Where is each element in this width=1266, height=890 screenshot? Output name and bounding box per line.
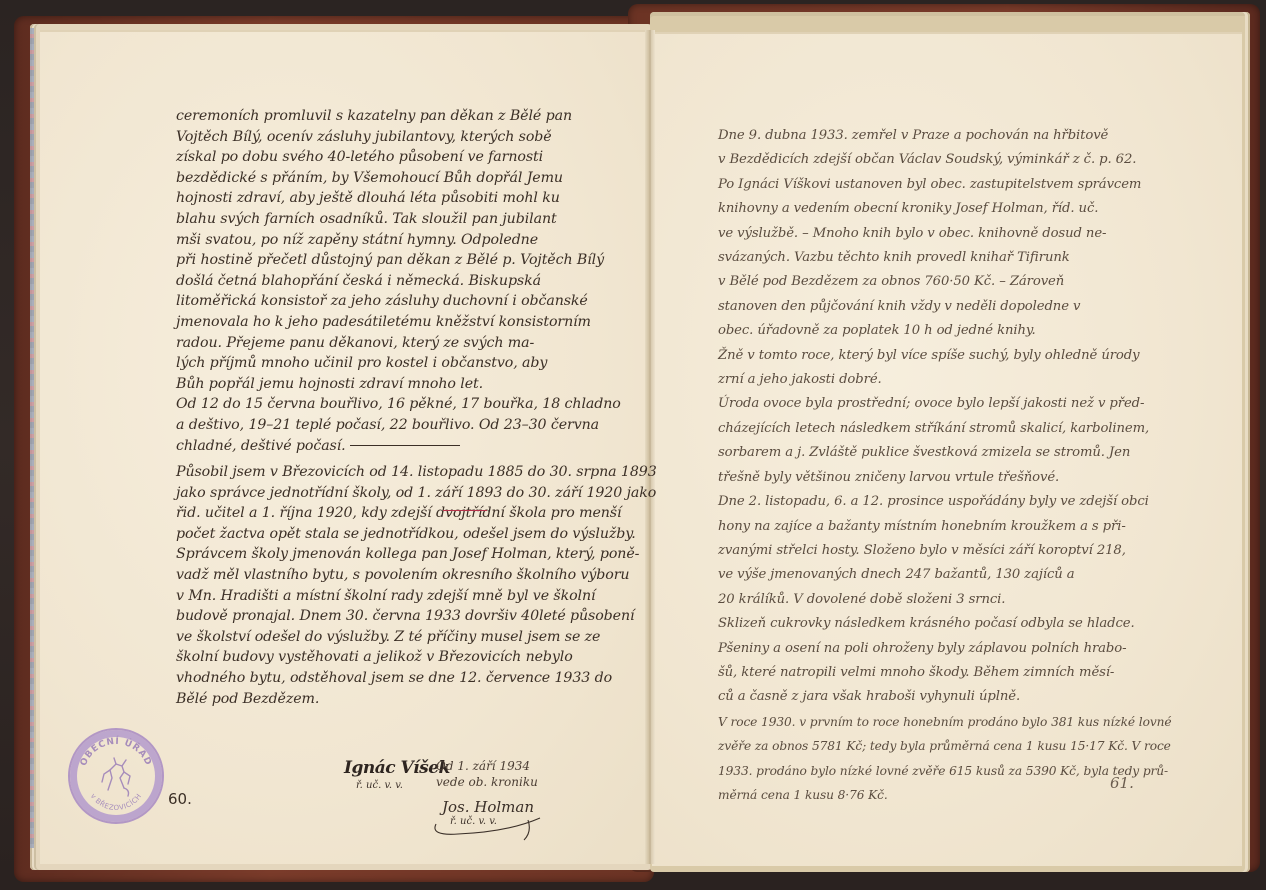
text-line: Dne 2. listopadu, 6. a 12. prosince uspo…	[718, 490, 1148, 514]
text-line: zvěře za obnos 5781 Kč; tedy byla průměr…	[718, 734, 1148, 758]
text-line: hojnosti zdraví, aby ještě dlouhá léta p…	[176, 188, 596, 209]
text-line: Od 12 do 15 června bouřlivo, 16 pěkné, 1…	[176, 394, 596, 415]
text-line: blahu svých farních osadníků. Tak slouži…	[176, 209, 596, 230]
text-line: a deštivo, 19–21 teplé počasí, 22 bouřli…	[176, 415, 596, 436]
book-gutter	[645, 30, 655, 864]
text-line: Působil jsem v Březovicích od 14. listop…	[176, 462, 596, 483]
text-line: řid. učitel a 1. října 1920, kdy zdejší …	[176, 503, 596, 524]
signature-flourish-icon	[428, 802, 554, 842]
text-line-with-rule: chladné, deštivé počasí.	[176, 436, 596, 457]
page-number-left: 60.	[168, 790, 192, 808]
text-line: v Bezdědicích zdejší občan Václav Soudsk…	[718, 148, 1148, 172]
text-line: knihovny a vedením obecní kroniky Josef …	[718, 197, 1148, 221]
text-line: Sklizeň cukrovky následkem krásného poča…	[718, 612, 1148, 636]
text-line: vadž měl vlastního bytu, s povolením okr…	[176, 565, 596, 586]
text-line: Žně v tomto roce, který byl více spíše s…	[718, 344, 1148, 368]
text-line: zvanými střelci hosty. Složeno bylo v mě…	[718, 539, 1148, 563]
text-line: V roce 1930. v prvním to roce honebním p…	[718, 710, 1148, 734]
text-line: v Bělé pod Bezdězem za obnos 760·50 Kč. …	[718, 270, 1148, 294]
right-page-text: Dne 9. dubna 1933. zemřel v Praze a poch…	[718, 124, 1148, 807]
text-line: školní budovy vystěhovati a jelikož v Bř…	[176, 647, 596, 668]
marbled-edge	[30, 28, 34, 848]
text-line: hony na zajíce a bažanty místním honební…	[718, 515, 1148, 539]
text-line: 1933. prodáno bylo nízké lovné zvěře 615…	[718, 759, 1148, 783]
text-line: lých příjmů mnoho učinil pro kostel i ob…	[176, 353, 596, 374]
text-line: počet žactva opět stala se jednotřídkou,…	[176, 524, 596, 545]
section-rule	[350, 445, 460, 446]
text-line: vhodného bytu, odstěhoval jsem se dne 12…	[176, 668, 596, 689]
text-line: litoměřická konsistoř za jeho zásluhy du…	[176, 291, 596, 312]
note-line: vede ob. kroniku	[436, 774, 538, 790]
signature-title: ř. uč. v. v.	[356, 780, 403, 791]
text-line: jako správce jednotřídní školy, od 1. zá…	[176, 483, 596, 504]
text-line: šů, které natropili velmi mnoho škody. B…	[718, 661, 1148, 685]
text-line: v Mn. Hradišti a místní školní rady zdej…	[176, 586, 596, 607]
text-line: sorbarem a j. Zvláště puklice švestková …	[718, 441, 1148, 465]
lion-emblem-icon: OBECNÍ ÚŘAD v BŘEZOVICÍCH	[70, 730, 162, 822]
text-line: zrní a jeho jakosti dobré.	[718, 368, 1148, 392]
text-line: jmenovala ho k jeho padesátiletému kněžs…	[176, 312, 596, 333]
text-line: obec. úřadovně za poplatek 10 h od jedné…	[718, 319, 1148, 343]
text-line: svázaných. Vazbu těchto knih provedl kni…	[718, 246, 1148, 270]
text-line: mši svatou, po níž zapěny státní hymny. …	[176, 230, 596, 251]
text-line: Po Ignáci Víškovi ustanoven byl obec. za…	[718, 173, 1148, 197]
text-line: při hostině přečetl důstojný pan děkan z…	[176, 250, 596, 271]
text-segment: chladné, deštivé počasí.	[176, 438, 346, 454]
text-line: ců a časně z jara však hraboši vyhynuli …	[718, 685, 1148, 709]
text-line: došlá četná blahopřání česká i německá. …	[176, 271, 596, 292]
text-line: Úroda ovoce byla prostřední; ovoce bylo …	[718, 392, 1148, 416]
text-line: ceremoních promluvil s kazatelny pan děk…	[176, 106, 596, 127]
text-line: bezdědické s přáním, by Všemohoucí Bůh d…	[176, 168, 596, 189]
svg-text:v BŘEZOVICÍCH: v BŘEZOVICÍCH	[89, 792, 144, 812]
text-line: třešně byly většinou zničeny larvou vrtu…	[718, 466, 1148, 490]
text-line: stanoven den půjčování knih vždy v neděl…	[718, 295, 1148, 319]
text-line: Bůh popřál jemu hojnosti zdraví mnoho le…	[176, 374, 596, 395]
text-line: měrná cena 1 kusu 8·76 Kč.	[718, 783, 1148, 807]
page-number-right: 61.	[1110, 774, 1134, 792]
text-line: Bělé pod Bezdězem.	[176, 689, 596, 710]
text-line: radou. Přejeme panu děkanovi, který ze s…	[176, 333, 596, 354]
official-stamp: OBECNÍ ÚŘAD v BŘEZOVICÍCH	[68, 728, 164, 824]
text-line: budově pronajal. Dnem 30. června 1933 do…	[176, 606, 596, 627]
text-line: Správcem školy jmenován kollega pan Jose…	[176, 544, 596, 565]
text-line: Dne 9. dubna 1933. zemřel v Praze a poch…	[718, 124, 1148, 148]
signature-vísek: Ignác Víšek	[344, 758, 450, 778]
left-page-text: ceremoních promluvil s kazatelny pan děk…	[176, 106, 596, 709]
text-line: ve výslužbě. – Mnoho knih bylo v obec. k…	[718, 222, 1148, 246]
signature-note: Od 1. září 1934 vede ob. kroniku	[436, 758, 538, 790]
text-line: získal po dobu svého 40-letého působení …	[176, 147, 596, 168]
text-line: ve školství odešel do výslužby. Z té pří…	[176, 627, 596, 648]
text-line: Vojtěch Bílý, ocenív zásluhy jubilantovy…	[176, 127, 596, 148]
text-line: cházejících letech následkem stříkání st…	[718, 417, 1148, 441]
text-line: Pšeniny a osení na poli ohroženy byly zá…	[718, 637, 1148, 661]
text-line: 20 králíků. V dovolené době složeni 3 sr…	[718, 588, 1148, 612]
red-underline-mark	[443, 510, 487, 511]
text-line: ve výše jmenovaných dnech 247 bažantů, 1…	[718, 563, 1148, 587]
note-line: Od 1. září 1934	[436, 758, 538, 774]
